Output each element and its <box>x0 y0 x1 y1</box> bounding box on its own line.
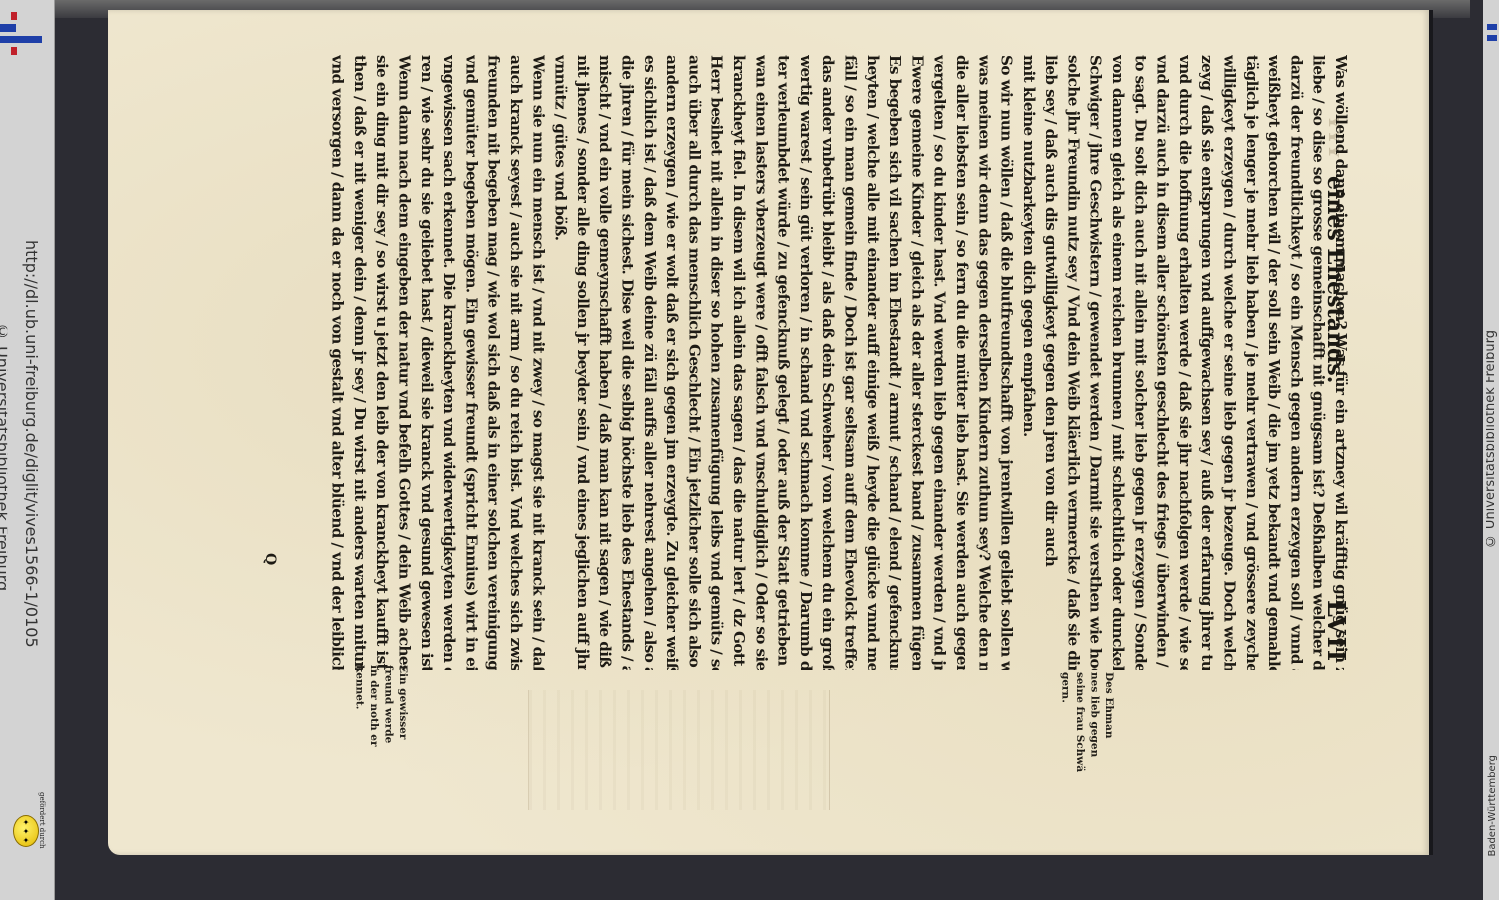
funder-label-partial: Baden-Württemberg <box>1486 755 1498 857</box>
permalink-url[interactable]: http://dl.ub.uni-freiburg.de/diglit/vive… <box>22 240 41 648</box>
text-line: nit jhenes / sonder alle ding sollen jr … <box>572 55 594 670</box>
margin-note-line: nes lieb gegen <box>1087 672 1102 772</box>
text-line: weißheyt gehorchen wil / der soll sein W… <box>1263 55 1285 670</box>
copyright-notice: © Universitätsbibliothek Freiburg <box>0 322 12 591</box>
text-line: Schwiger / jhre Geschwistern / gewendet … <box>1084 55 1106 670</box>
funded-by-label: gefördert durch <box>38 792 46 849</box>
margin-note-line: seine frau Schwä <box>1073 672 1088 772</box>
text-line: Ewere gemeine Kinder / gleich als der al… <box>906 55 928 670</box>
text-line: Was wöllend dann einem machen? Was für e… <box>1330 55 1352 670</box>
text-line: then / daß er nit weniger dein / denn jr… <box>349 55 371 670</box>
text-line: Wenn sie nun ein mensch ist / vnd nit zw… <box>527 55 549 670</box>
text-line: liebe / so dise so grosse gemeinschafft … <box>1307 55 1329 670</box>
page-edge-shadow <box>1429 10 1433 855</box>
text-line: Es begeben sich vil sachen im Ehestandt … <box>884 55 906 670</box>
text-line: So wir nun wöllen / daß die blutfreundts… <box>995 55 1017 670</box>
right-sidebar-strip: © Universitätsbibliothek Freiburg Baden-… <box>1483 0 1499 900</box>
text-line: Herr besihet nit allein in diser so hohe… <box>705 55 727 670</box>
copyright-notice-partial: © Universitätsbibliothek Freiburg <box>1486 330 1498 548</box>
text-line: fäll / so ein man gemein finde / Doch is… <box>839 55 861 670</box>
margin-note-line: Des Ehman <box>1102 672 1117 772</box>
text-line: auch über all durch das menschlich Gesch… <box>683 55 705 670</box>
text-line: das ander vnbetrübt bleibt / als daß dei… <box>817 55 839 670</box>
text-line: wertig warest / sein güt verloren / in s… <box>795 55 817 670</box>
text-line: vngewissen sach erkennet. Die kranckheyt… <box>438 55 460 670</box>
margin-note-line: Ein gewisser <box>396 665 411 746</box>
text-line: willigkeyt erzeygen / durch welche er se… <box>1218 55 1240 670</box>
text-line: vnd durch die hoffnung erhalten werde / … <box>1174 55 1196 670</box>
text-line: vnd darzü auch in disem aller schönsten … <box>1151 55 1173 670</box>
text-line: kranckheyt fiel. In disem wil ich allein… <box>728 55 750 670</box>
text-line: vergelten / so du kinder hast. Vnd werde… <box>928 55 950 670</box>
margin-note-line: kennet. <box>352 665 367 746</box>
text-line: mischt / vnd ein volle gemeynschafft hab… <box>594 55 616 670</box>
text-line: vnd versorgen / dann da er noch von gest… <box>326 55 348 670</box>
bleed-through-woodcut <box>528 690 830 810</box>
text-line: die aller liebsten sein / so fern du die… <box>951 55 973 670</box>
text-line: sie ein ding mit dir sey / so wirst u je… <box>371 55 393 670</box>
margin-note-line: gern. <box>1058 672 1073 772</box>
text-line: vnd gemüter begeben mögen. Ein gewisser … <box>460 55 482 670</box>
text-line: to sagt. Du solt dich auch nit allein mi… <box>1129 55 1151 670</box>
text-line: vnnütz / gütes vnd böß. <box>549 55 571 670</box>
library-logo-marker-icon <box>1487 24 1497 30</box>
text-line: ter verleumbdet würde / zu gefencknuß ge… <box>772 55 794 670</box>
margin-note: Des Ehman nes lieb gegen seine frau Schw… <box>1058 672 1116 772</box>
margin-note-line: in der noth er <box>367 665 382 746</box>
text-line: zeyg / daß sie entsprungen vnd auffgewac… <box>1196 55 1218 670</box>
text-line: was meinen wir denn das gegen derselben … <box>973 55 995 670</box>
text-line: heyten / welche alle mit einander auff e… <box>861 55 883 670</box>
text-line: von dannen gleich als einem reichen brun… <box>1107 55 1129 670</box>
text-line: täglich je lenger je mehr lieb haben / j… <box>1241 55 1263 670</box>
body-text: Was wöllend dann einem machen? Was für e… <box>282 55 1352 665</box>
text-line: wan einen lasters vberzeugt were / offt … <box>750 55 772 670</box>
left-sidebar-strip: http://dl.ub.uni-freiburg.de/diglit/vive… <box>0 0 55 900</box>
text-line: freunden nit begeben mag / wie wol sich … <box>482 55 504 670</box>
text-line: es sichlich ist / daß dem Weib deine zü … <box>639 55 661 670</box>
text-line: solche jhr Freundin nutz sey / Vnd dein … <box>1062 55 1084 670</box>
text-line: ren / wie sehr du sie geliebet hast / di… <box>416 55 438 670</box>
text-line: auch kranck seyest / auch sie nit arm / … <box>505 55 527 670</box>
margin-note: Ein gewisser freund werde in der noth er… <box>352 665 410 746</box>
margin-note-line: freund werde <box>381 665 396 746</box>
text-line: mit kleine nutzbarkeyten dich gegen empf… <box>1018 55 1040 670</box>
funder-seal-icon: ✦✦✦ <box>13 815 39 847</box>
library-logo-marker-icon <box>1487 35 1497 41</box>
text-line: lieb sey / daß auch dis gutwilligkeyt ge… <box>1040 55 1062 670</box>
university-library-logo-icon <box>0 0 54 60</box>
text-line: die jhren / für mein sichest. Dise weil … <box>616 55 638 670</box>
text-line: andern erzeygen / wie er wolt daß er sic… <box>661 55 683 670</box>
text-line: Wenn dann nach dem eingeben der natur vn… <box>393 55 415 670</box>
catchword: Q <box>262 553 278 565</box>
text-line: darzü der freundtlichkeyt / so ein Mensc… <box>1285 55 1307 670</box>
